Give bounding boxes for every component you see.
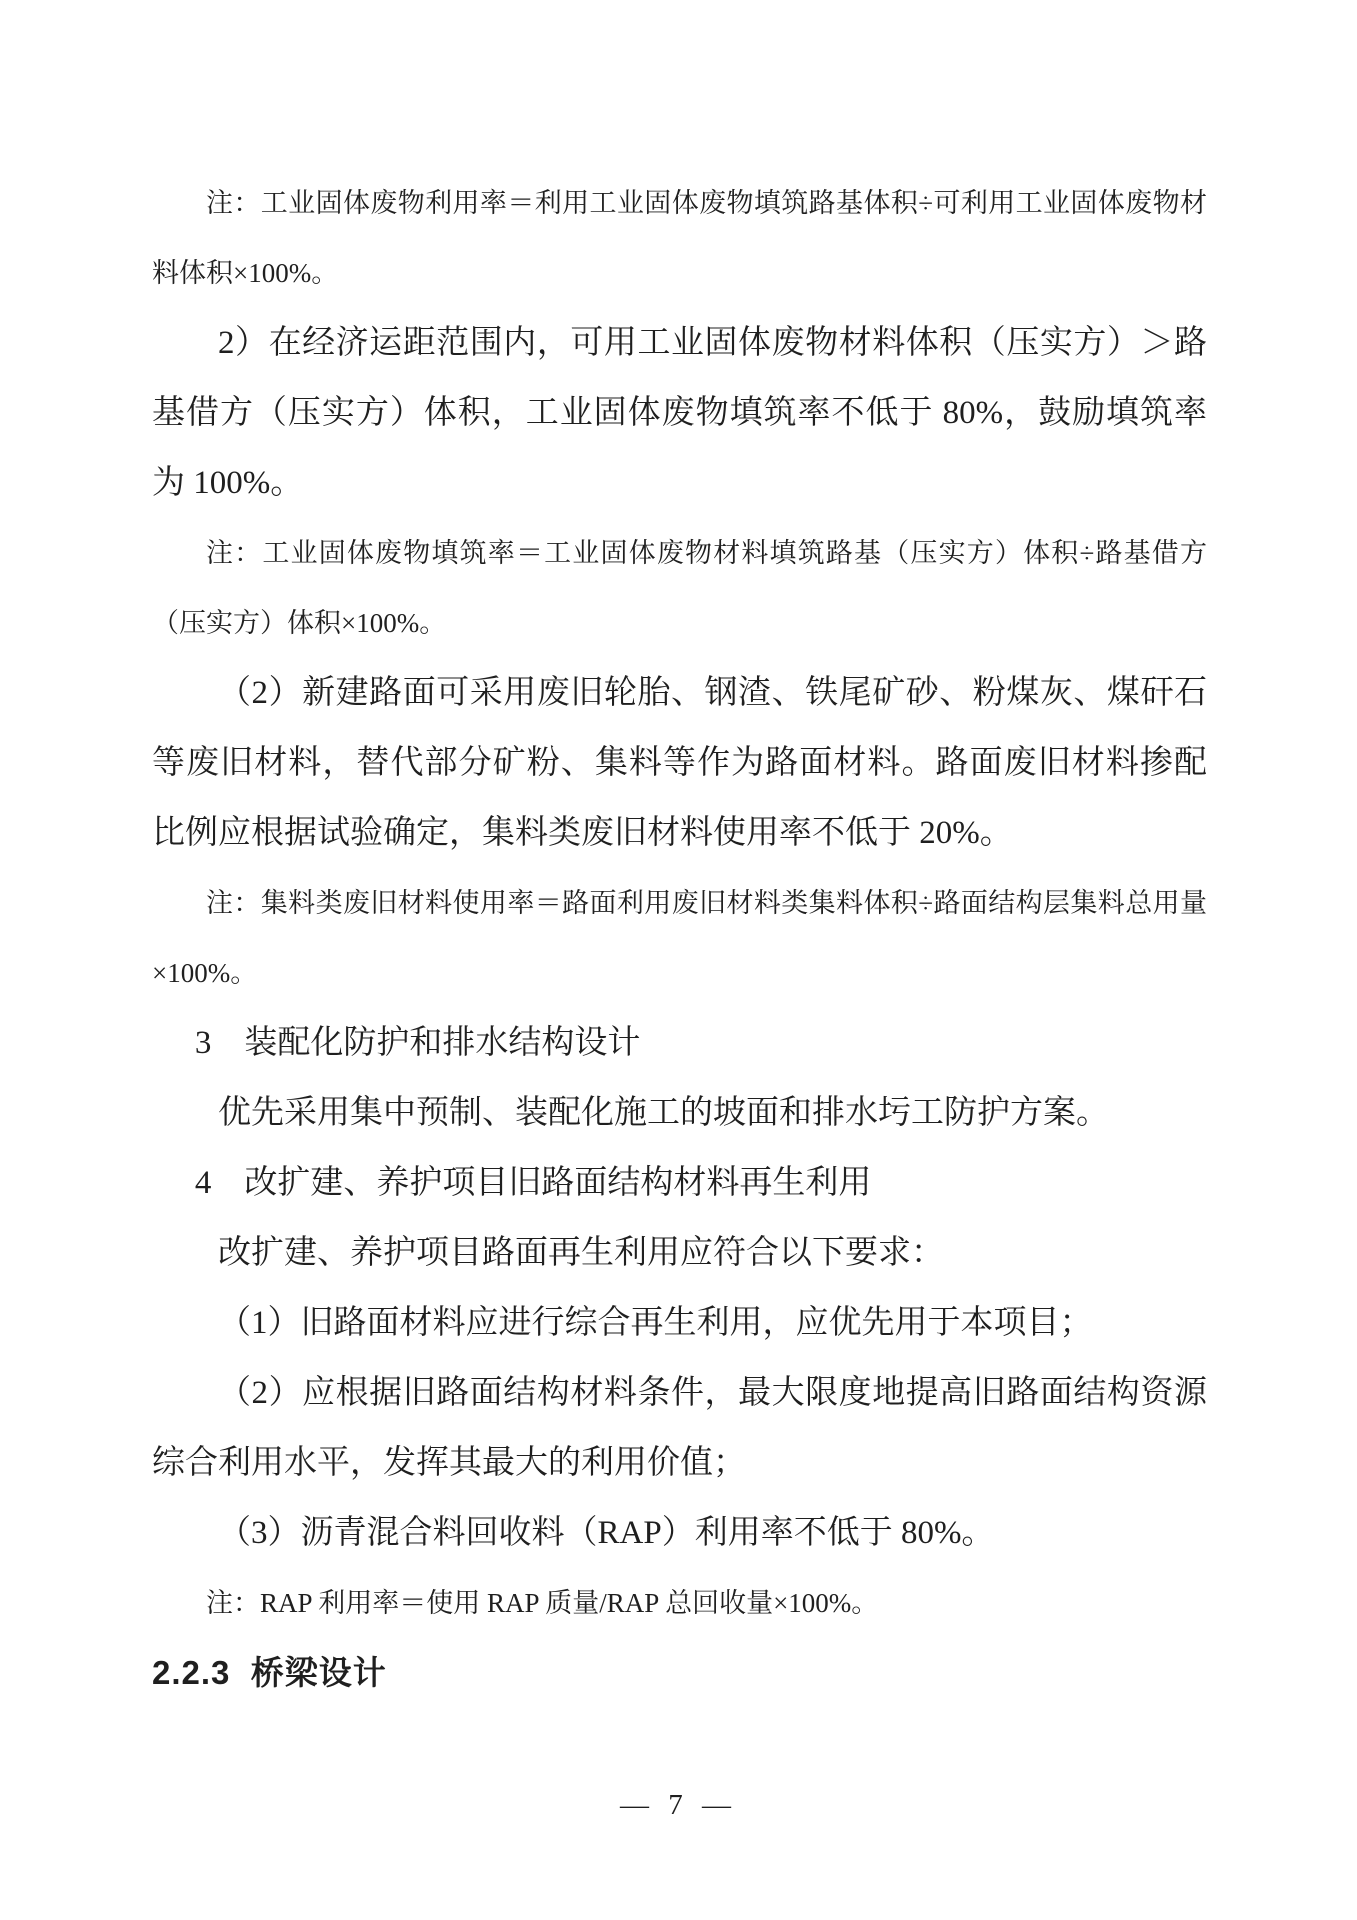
numbered-item-paragraph: 3 装配化防护和排水结构设计 <box>152 1008 1207 1078</box>
numbered-item-paragraph: 4 改扩建、养护项目旧路面结构材料再生利用 <box>152 1148 1207 1218</box>
page-footer: — 7 — <box>0 1789 1357 1822</box>
body-paragraph: 优先采用集中预制、装配化施工的坡面和排水圬工防护方案。 <box>152 1078 1207 1148</box>
document-content: 注：工业固体废物利用率＝利用工业固体废物填筑路基体积÷可利用工业固体废物材料体积… <box>152 168 1207 1708</box>
section-heading: 2.2.3 桥梁设计 <box>152 1638 1207 1708</box>
body-paragraph: （2）应根据旧路面结构材料条件，最大限度地提高旧路面结构资源综合利用水平，发挥其… <box>152 1358 1207 1498</box>
document-page: 注：工业固体废物利用率＝利用工业固体废物填筑路基体积÷可利用工业固体废物材料体积… <box>0 0 1357 1920</box>
page-number: — 7 — <box>620 1789 737 1821</box>
body-paragraph: （1）旧路面材料应进行综合再生利用，应优先用于本项目； <box>152 1288 1207 1358</box>
body-paragraph: （2）新建路面可采用废旧轮胎、钢渣、铁尾矿砂、粉煤灰、煤矸石等废旧材料，替代部分… <box>152 658 1207 868</box>
note-paragraph: 注：集料类废旧材料使用率＝路面利用废旧材料类集料体积÷路面结构层集料总用量×10… <box>152 868 1207 1008</box>
body-paragraph: 2）在经济运距范围内，可用工业固体废物材料体积（压实方）＞路基借方（压实方）体积… <box>152 308 1207 518</box>
note-paragraph: 注：RAP 利用率＝使用 RAP 质量/RAP 总回收量×100%。 <box>152 1568 1207 1638</box>
body-paragraph: 改扩建、养护项目路面再生利用应符合以下要求： <box>152 1218 1207 1288</box>
note-paragraph: 注：工业固体废物填筑率＝工业固体废物材料填筑路基（压实方）体积÷路基借方（压实方… <box>152 518 1207 658</box>
note-paragraph: 注：工业固体废物利用率＝利用工业固体废物填筑路基体积÷可利用工业固体废物材料体积… <box>152 168 1207 308</box>
body-paragraph: （3）沥青混合料回收料（RAP）利用率不低于 80%。 <box>152 1498 1207 1568</box>
